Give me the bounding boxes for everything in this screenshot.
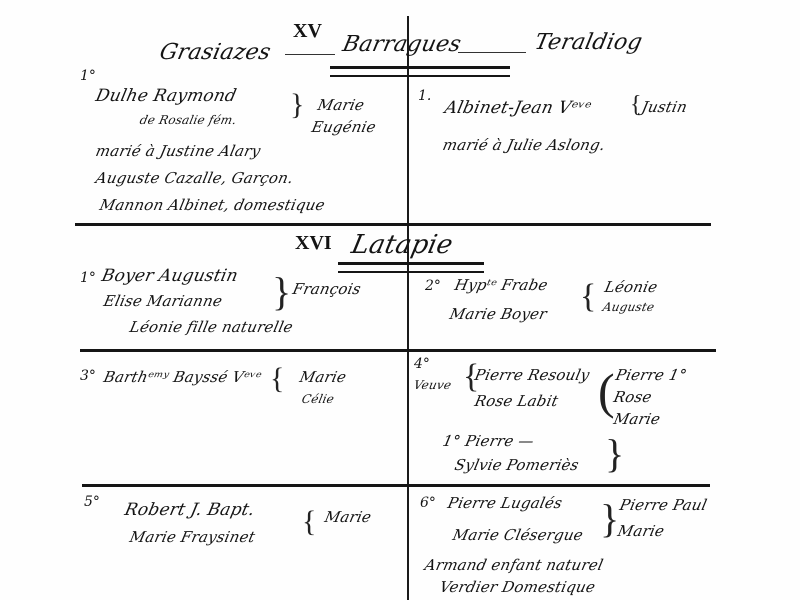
entry-number: 2° xyxy=(425,278,441,294)
child-name: Marie xyxy=(323,508,373,526)
entry-number: 3° xyxy=(80,368,96,384)
header-underline xyxy=(338,262,484,273)
entry-line: Pierre Resouly xyxy=(473,366,591,384)
family-brace: { xyxy=(580,278,596,316)
entry-number: 6° xyxy=(420,495,436,511)
section-xv-numeral: XV xyxy=(293,20,322,43)
child-name: Marie xyxy=(316,96,366,114)
child-name: François xyxy=(291,280,363,298)
child-name: Pierre 1° xyxy=(614,366,688,384)
entry-line: Elise Marianne xyxy=(102,292,224,310)
entry-line: Hypᵗᵉ Frabe xyxy=(453,276,549,294)
entry-number: 1° xyxy=(80,270,96,286)
child-name: Marie xyxy=(616,522,666,540)
entry-line: Léonie fille naturelle xyxy=(128,318,295,336)
child-name: Rose xyxy=(612,388,654,406)
row-divider-3 xyxy=(82,484,710,487)
family-brace: ( xyxy=(598,362,615,420)
entry-line: marié à Julie Aslong. xyxy=(441,136,607,154)
row-divider-2 xyxy=(80,349,716,352)
header-dash xyxy=(285,54,335,55)
family-brace: } xyxy=(605,430,624,477)
family-brace: { xyxy=(270,362,284,396)
child-name: Célie xyxy=(301,392,336,406)
section-xv-header-right: Teraldiog xyxy=(532,30,644,55)
child-name: Pierre Paul xyxy=(618,496,709,514)
family-brace: } xyxy=(272,268,291,315)
entry-line: Robert J. Bapt. xyxy=(123,500,257,520)
child-name: Auguste xyxy=(602,300,656,314)
child-name: Léonie xyxy=(603,278,659,296)
entry-line: Verdier Domestique xyxy=(438,578,597,596)
section-xvi-header: Latapie xyxy=(349,230,456,260)
entry-prefix: Veuve xyxy=(413,378,453,392)
child-name: Justin xyxy=(640,98,689,116)
entry-line: Boyer Augustin xyxy=(100,266,240,286)
entry-line: Auguste Cazalle, Garçon. xyxy=(94,169,295,187)
entry-line: 1° Pierre — xyxy=(441,432,536,450)
entry-line: Armand enfant naturel xyxy=(423,556,605,574)
entry-line: Dulhe Raymond xyxy=(94,86,238,106)
entry-line: Sylvie Pomeriès xyxy=(453,456,580,474)
entry-line: Pierre Lugalés xyxy=(446,494,564,512)
entry-line: Barthᵉᵐʸ Bayssé Vᵉᵛᵉ xyxy=(102,368,263,386)
section-xv-header-left: Grasiazes xyxy=(157,40,273,65)
entry-number: 1° xyxy=(80,68,96,84)
section-xv-header-center: Barragues xyxy=(340,32,463,57)
entry-line: marié à Justine Alary xyxy=(94,142,262,160)
entry-line: Marie Boyer xyxy=(448,305,549,323)
entry-line: Rose Labit xyxy=(473,392,560,410)
header-underline xyxy=(330,66,510,77)
entry-number: 4° xyxy=(414,356,430,372)
center-column-divider xyxy=(407,16,409,600)
entry-line: de Rosalie fém. xyxy=(139,113,238,127)
entry-line: Marie Clésergue xyxy=(451,526,585,544)
handwritten-register-page: XV Grasiazes Barragues Teraldiog 1° Dulh… xyxy=(0,0,800,600)
entry-line: Marie Fraysinet xyxy=(128,528,257,546)
child-name: Marie xyxy=(298,368,348,386)
entry-number: 1. xyxy=(418,88,431,104)
header-dash xyxy=(458,52,526,53)
entry-line: Albinet-Jean Vᵉᵛᵉ xyxy=(443,98,593,118)
child-name: Marie xyxy=(612,410,662,428)
entry-line: Mannon Albinet, domestique xyxy=(98,196,327,214)
family-brace: } xyxy=(290,88,304,122)
entry-number: 5° xyxy=(84,494,100,510)
child-name: Eugénie xyxy=(310,118,378,136)
row-divider-1 xyxy=(75,223,711,226)
family-brace: { xyxy=(302,505,316,539)
section-xvi-numeral: XVI xyxy=(295,232,332,255)
